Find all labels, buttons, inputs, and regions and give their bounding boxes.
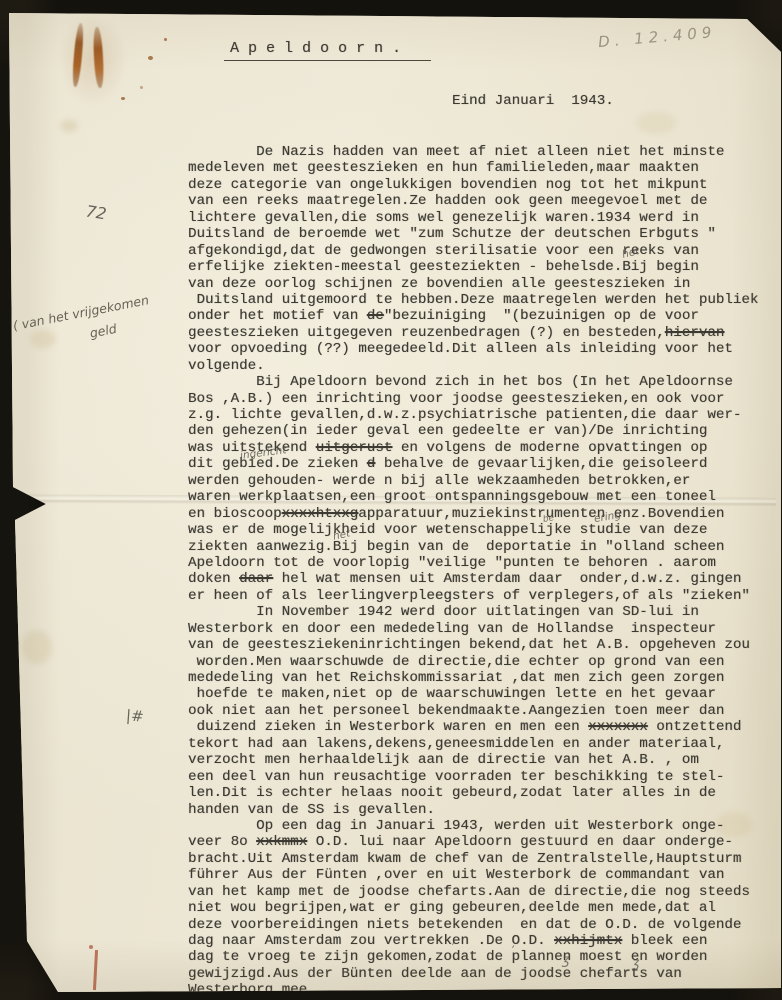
struck-out-text: xxhijmtx: [554, 933, 622, 949]
foxing-stain: [636, 112, 676, 134]
text-line: was er de mogelijkheid voor wetenschappe…: [188, 522, 780, 538]
text-line: erfelijke ziekten-meestal geesteziekten …: [188, 259, 780, 275]
text-line: een deel van hun reusachtige voorraden t…: [188, 769, 780, 785]
text-line: Bos ,A.B.) een inrichting voor joodse ge…: [188, 391, 780, 407]
text-line: In November 1942 werd door uitlatingen v…: [188, 604, 780, 620]
text-line: van het kamp met de joodse chefarts.Aan …: [188, 884, 780, 900]
struck-out-text: xxxxhtxxg: [282, 506, 359, 522]
struck-out-text: xxxxxxx: [588, 719, 648, 735]
text-line: len.Dit is echter helaas nooit gebeurd,z…: [188, 785, 780, 801]
red-ink-spot: [89, 945, 93, 949]
text-line: er heen of als leerlingverpleegsters of …: [188, 588, 780, 604]
text-line: en bioscoopxxxxhtxxgapparatuur,muziekins…: [188, 506, 780, 522]
text-line: hoefde te maken,niet op de waarschuwinge…: [188, 686, 780, 702]
pen-mark: ,: [512, 937, 516, 950]
struck-out-text: daar: [239, 571, 273, 587]
struck-out-text: xxkmmx: [256, 834, 307, 850]
margin-mark: 72: [85, 202, 108, 224]
text-line: Duitsland uitgemoord te hebben.Deze maat…: [188, 292, 780, 308]
text-line: van deze oorlog schijnen ze bovendien al…: [188, 276, 780, 292]
text-line: van een reeks maatregelen.Ze hadden ook …: [188, 193, 780, 209]
text-line: bracht.Uit Amsterdam kwam de chef van de…: [188, 851, 780, 867]
foxing-stain: [60, 120, 78, 132]
text-line: medeleven met geesteszieken en hun famil…: [188, 160, 780, 176]
pen-mark: ʒ: [632, 956, 640, 971]
text-line: führer Aus der Fünten ,over en uit Weste…: [188, 867, 780, 883]
rust-spot: [140, 86, 143, 89]
text-line: lichtere gevallen,die soms wel genezelij…: [188, 210, 780, 226]
pen-mark: ,: [452, 934, 456, 947]
photo-background: A p e l d o o r n . Eind Januari 1943. D…: [0, 0, 782, 1000]
struck-out-text: hiervan: [665, 325, 725, 341]
text-line: dag te vroeg te zijn gekomen,zodat de pl…: [188, 949, 780, 965]
struck-out-text: de: [367, 308, 384, 324]
rust-stain-halo: [58, 14, 128, 106]
text-line: dit gebied.De zieken d behalve de gevaar…: [188, 456, 780, 472]
typed-text: De Nazis hadden van meet af niet alleen …: [188, 144, 780, 999]
text-line: van de geestesziekeninrichtingen bekend,…: [188, 637, 780, 653]
text-line: volgende.: [188, 358, 780, 374]
text-line: Westerbork en door een mededeling van de…: [188, 621, 780, 637]
text-line: Apeldoorn tot de voorlopig "veilige "pun…: [188, 555, 780, 571]
handwritten-insertion: be: [542, 513, 555, 525]
text-line: De Nazis hadden van meet af niet alleen …: [188, 144, 780, 160]
struck-out-text: uitgerust: [316, 440, 393, 456]
text-line: worden.Men waarschuwde de directie,die e…: [188, 654, 780, 670]
text-line: onder het motief van de"bezuiniging "(be…: [188, 308, 780, 324]
rust-spot: [164, 38, 167, 41]
pen-mark: ʒ: [562, 953, 570, 968]
text-line: handen van de SS is gevallen.: [188, 802, 780, 818]
document-date: Eind Januari 1943.: [452, 93, 614, 109]
text-line: voor opvoeding (??) meegedeeld.Dit allee…: [188, 341, 780, 357]
text-line: Bij Apeldoorn bevond zich in het bos (In…: [188, 374, 780, 390]
struck-out-text: d: [367, 456, 376, 472]
text-line: tekort had aan lakens,dekens,geneesmidde…: [188, 736, 780, 752]
text-line: mededeling van het Reichskommissariat ,d…: [188, 670, 780, 686]
text-line: den gehezen(in ieder geval een gedeelte …: [188, 423, 780, 439]
red-ink-mark: [93, 950, 98, 990]
text-line: gewijzigd.Aus der Bünten deelde aan de j…: [188, 966, 780, 982]
text-line: ook niet aan het personeel bekendmaakte.…: [188, 703, 780, 719]
text-line: deze categorie van ongelukkigen bovendie…: [188, 177, 780, 193]
text-line: doken daar hel wat mensen uit Amsterdam …: [188, 571, 780, 587]
text-line: verzocht men herhaaldelijk aan de direct…: [188, 752, 780, 768]
text-line: geesteszieken uitgegeven reuzenbedragen …: [188, 325, 780, 341]
rust-spot: [148, 56, 153, 60]
margin-mark: |#: [125, 706, 144, 725]
text-line: z.g. lichte gevallen,d.w.z.psychiatrisch…: [188, 407, 780, 423]
text-line: werden gehouden- werde n bij alle wekzaa…: [188, 473, 780, 489]
text-line: Westerborg mee: [188, 982, 780, 998]
text-line: deze voorbereidingen niets betekenden en…: [188, 917, 780, 933]
text-line: duizend zieken in Westerbork waren en me…: [188, 719, 780, 735]
text-line: niet wou begrijpen,wat er ging gebeuren,…: [188, 900, 780, 916]
text-line: dag naar Amsterdam zou vertrekken .De O.…: [188, 933, 780, 949]
archive-number-annotation: D. 12.409: [597, 23, 717, 51]
text-line: waren werkplaatsen,een groot ontspanning…: [188, 489, 780, 505]
text-line: Duitsland de beroemde wet "zum Schutze d…: [188, 226, 780, 242]
margin-note: ( van het vrijgekomengeld: [11, 289, 155, 359]
paperclip-rust-stain: [71, 23, 85, 87]
document-title: A p e l d o o r n .: [224, 40, 431, 61]
text-line: veer 8o xxkmmx O.D. lui naar Apeldoorn g…: [188, 834, 780, 850]
foxing-stain: [22, 630, 52, 664]
text-line: Op een dag in Januari 1943, werden uit W…: [188, 818, 780, 834]
text-line: afgekondigd,dat de gedwongen sterilisati…: [188, 243, 780, 259]
paperclip-rust-stain: [92, 27, 104, 88]
text-line: ziekten aanwezig.Bij begin van de deport…: [188, 539, 780, 555]
rust-spot: [121, 97, 125, 100]
paper-sheet: A p e l d o o r n . Eind Januari 1943. D…: [0, 0, 782, 1000]
